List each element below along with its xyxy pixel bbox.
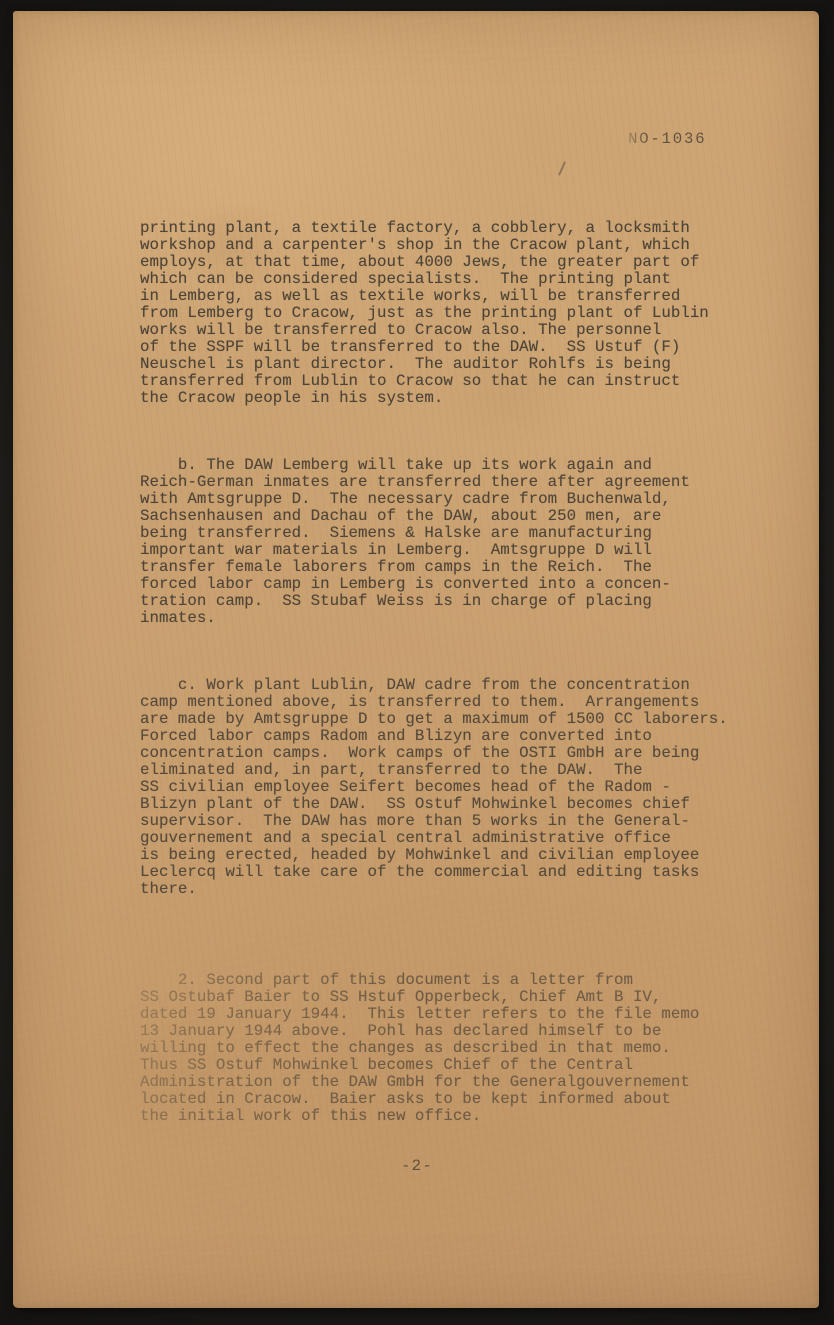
stray-pen-mark bbox=[558, 161, 566, 176]
page-number: -2- bbox=[401, 1157, 433, 1175]
paragraph-item-b: b. The DAW Lemberg will take up its work… bbox=[140, 457, 790, 627]
document-page: NO-1036 printing plant, a textile factor… bbox=[13, 11, 819, 1308]
paragraph-item-2: 2. Second part of this document is a let… bbox=[140, 972, 790, 1125]
scan-background: NO-1036 printing plant, a textile factor… bbox=[0, 0, 834, 1325]
document-id: NO-1036 bbox=[628, 130, 706, 148]
paragraph-item-c: c. Work plant Lublin, DAW cadre from the… bbox=[140, 677, 790, 898]
document-body: printing plant, a textile factory, a cob… bbox=[140, 186, 790, 1175]
paragraph-continuation: printing plant, a textile factory, a cob… bbox=[140, 220, 790, 407]
